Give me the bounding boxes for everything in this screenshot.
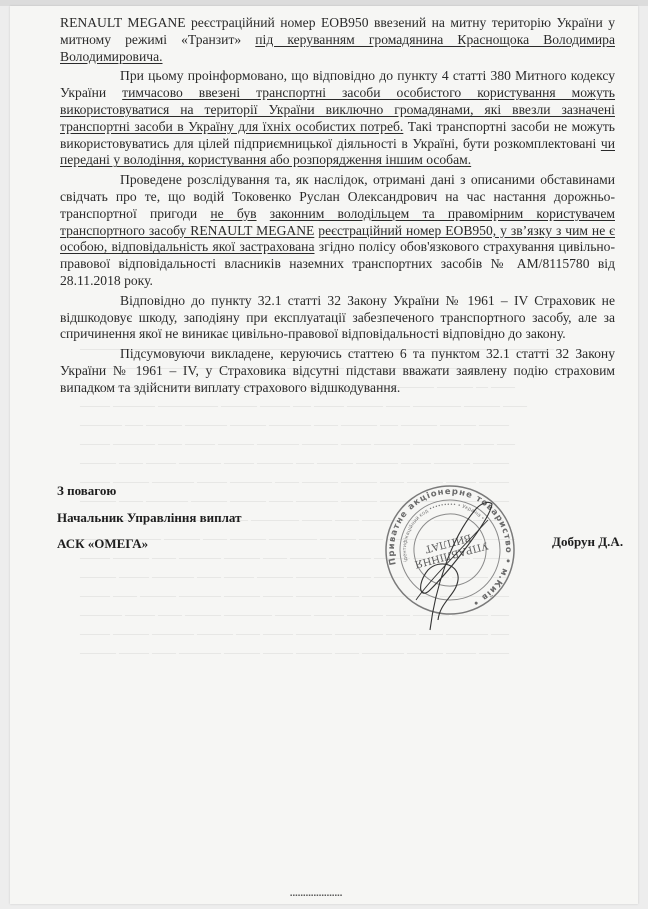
closing-salutation: З повагою	[57, 483, 116, 499]
paragraph-investigation: Проведене розслідування та, як наслідок,…	[60, 172, 615, 290]
company-name: АСК «ОМЕГА»	[57, 536, 148, 552]
signer-name: Добрун Д.А.	[552, 534, 623, 550]
page-footer-mark: ▪▪▪▪▪▪▪▪▪▪▪▪▪▪▪▪▪▪▪▪	[290, 893, 343, 899]
letter-body: RENAULT MEGANE реєстраційний номер EOB95…	[60, 15, 615, 397]
paragraph-vehicle-entry: RENAULT MEGANE реєстраційний номер EOB95…	[60, 15, 615, 65]
paragraph-law-reference: Відповідно до пункту 32.1 статті 32 Зако…	[60, 293, 615, 343]
paragraph-customs-code: При цьому проінформовано, що відповідно …	[60, 68, 615, 169]
official-stamp: Приватне акціонерне товариство • м.Київ …	[380, 480, 520, 645]
signer-position: Начальник Управління виплат	[57, 510, 241, 526]
paragraph-conclusion: Підсумовуючи викладене, керуючись статте…	[60, 346, 615, 396]
stamp-and-signature-icon: Приватне акціонерне товариство • м.Київ …	[380, 480, 520, 640]
